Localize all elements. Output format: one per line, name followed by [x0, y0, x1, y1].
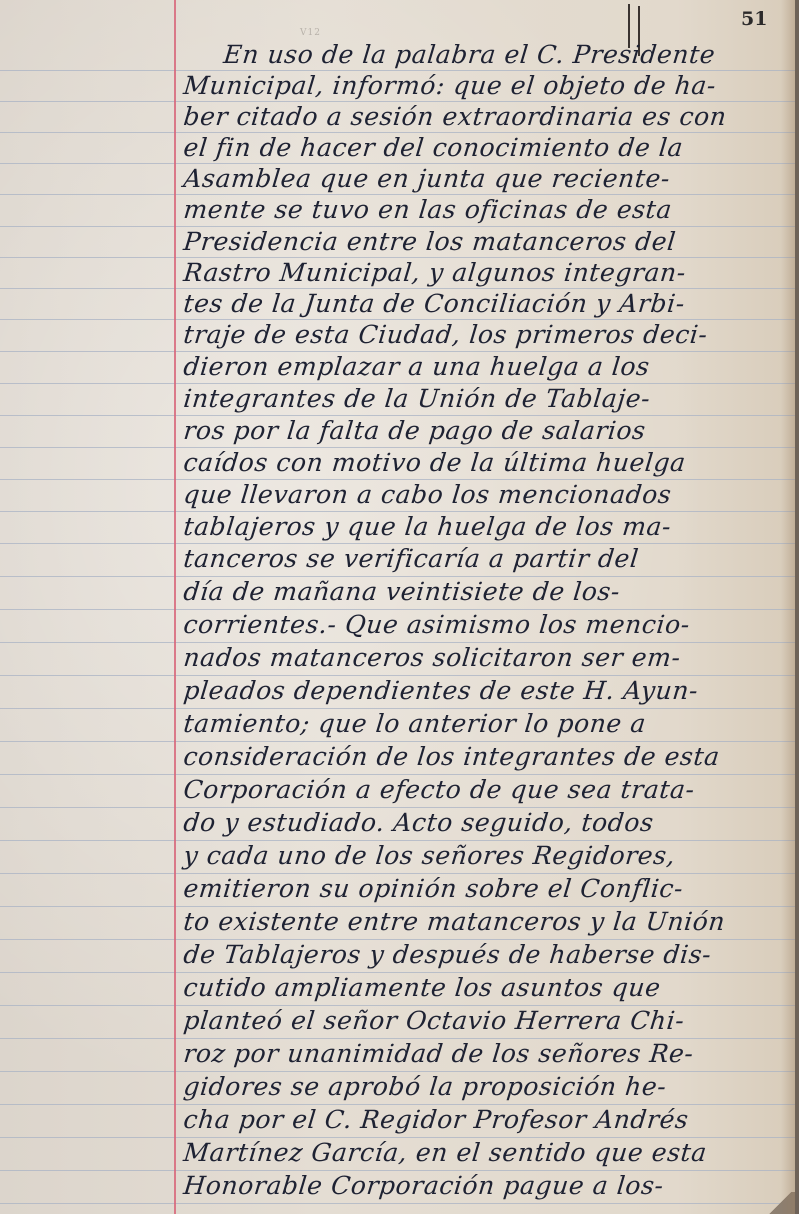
- text-line: traje de esta Ciudad, los primeros deci-: [182, 320, 785, 350]
- text-line: Rastro Municipal, y algunos integran-: [182, 258, 785, 288]
- text-line: Honorable Corporación pague a los-: [182, 1171, 785, 1201]
- text-line: tanceros se verificaría a partir del: [182, 544, 785, 574]
- text-line: que llevaron a cabo los mencionados: [182, 480, 785, 510]
- text-line: y cada uno de los señores Regidores,: [182, 841, 785, 871]
- text-line: cutido ampliamente los asuntos que: [182, 973, 785, 1003]
- text-line: de Tablajeros y después de haberse dis-: [182, 940, 785, 970]
- text-line: integrantes de la Unión de Tablaje-: [182, 384, 785, 414]
- page-corner-fold: [765, 1192, 795, 1214]
- text-line: pleados dependientes de este H. Ayun-: [182, 676, 785, 706]
- faint-stamp: V12: [300, 28, 321, 38]
- text-line: do y estudiado. Acto seguido, todos: [182, 808, 785, 838]
- text-line: Presidencia entre los matanceros del: [182, 227, 785, 257]
- text-line: Martínez García, en el sentido que esta: [182, 1138, 785, 1168]
- text-line: Asamblea que en junta que reciente-: [182, 164, 785, 194]
- text-line: ber citado a sesión extraordinaria es co…: [182, 102, 785, 132]
- ledger-page: V12 51 En uso de la palabra el C. Presid…: [0, 0, 795, 1214]
- text-line: el fin de hacer del conocimiento de la: [182, 133, 785, 163]
- ruled-line: [0, 1203, 795, 1204]
- text-line: roz por unanimidad de los señores Re-: [182, 1039, 785, 1069]
- text-line: gidores se aprobó la proposición he-: [182, 1072, 785, 1102]
- text-line: corrientes.- Que asimismo los mencio-: [182, 610, 785, 640]
- text-line: tes de la Junta de Conciliación y Arbi-: [182, 289, 785, 319]
- text-line: tablajeros y que la huelga de los ma-: [182, 512, 785, 542]
- text-line: consideración de los integrantes de esta: [182, 742, 785, 772]
- text-line: Corporación a efecto de que sea trata-: [182, 775, 785, 805]
- red-margin-line: [174, 0, 176, 1214]
- text-line: tamiento; que lo anterior lo pone a: [182, 709, 785, 739]
- text-line: cha por el C. Regidor Profesor Andrés: [182, 1105, 785, 1135]
- text-line: mente se tuvo en las oficinas de esta: [182, 195, 785, 225]
- text-line: caídos con motivo de la última huelga: [182, 448, 785, 478]
- text-line: planteó el señor Octavio Herrera Chi-: [182, 1006, 785, 1036]
- text-line: to existente entre matanceros y la Unión: [182, 907, 785, 937]
- text-line: En uso de la palabra el C. Presidente: [222, 40, 795, 70]
- text-line: nados matanceros solicitaron ser em-: [182, 643, 785, 673]
- text-line: emitieron su opinión sobre el Conflic-: [182, 874, 785, 904]
- text-line: Municipal, informó: que el objeto de ha-: [182, 71, 785, 101]
- text-line: día de mañana veintisiete de los-: [182, 577, 785, 607]
- text-line: dieron emplazar a una huelga a los: [182, 352, 785, 382]
- text-line: ros por la falta de pago de salarios: [182, 416, 785, 446]
- page-number: 51: [741, 8, 767, 30]
